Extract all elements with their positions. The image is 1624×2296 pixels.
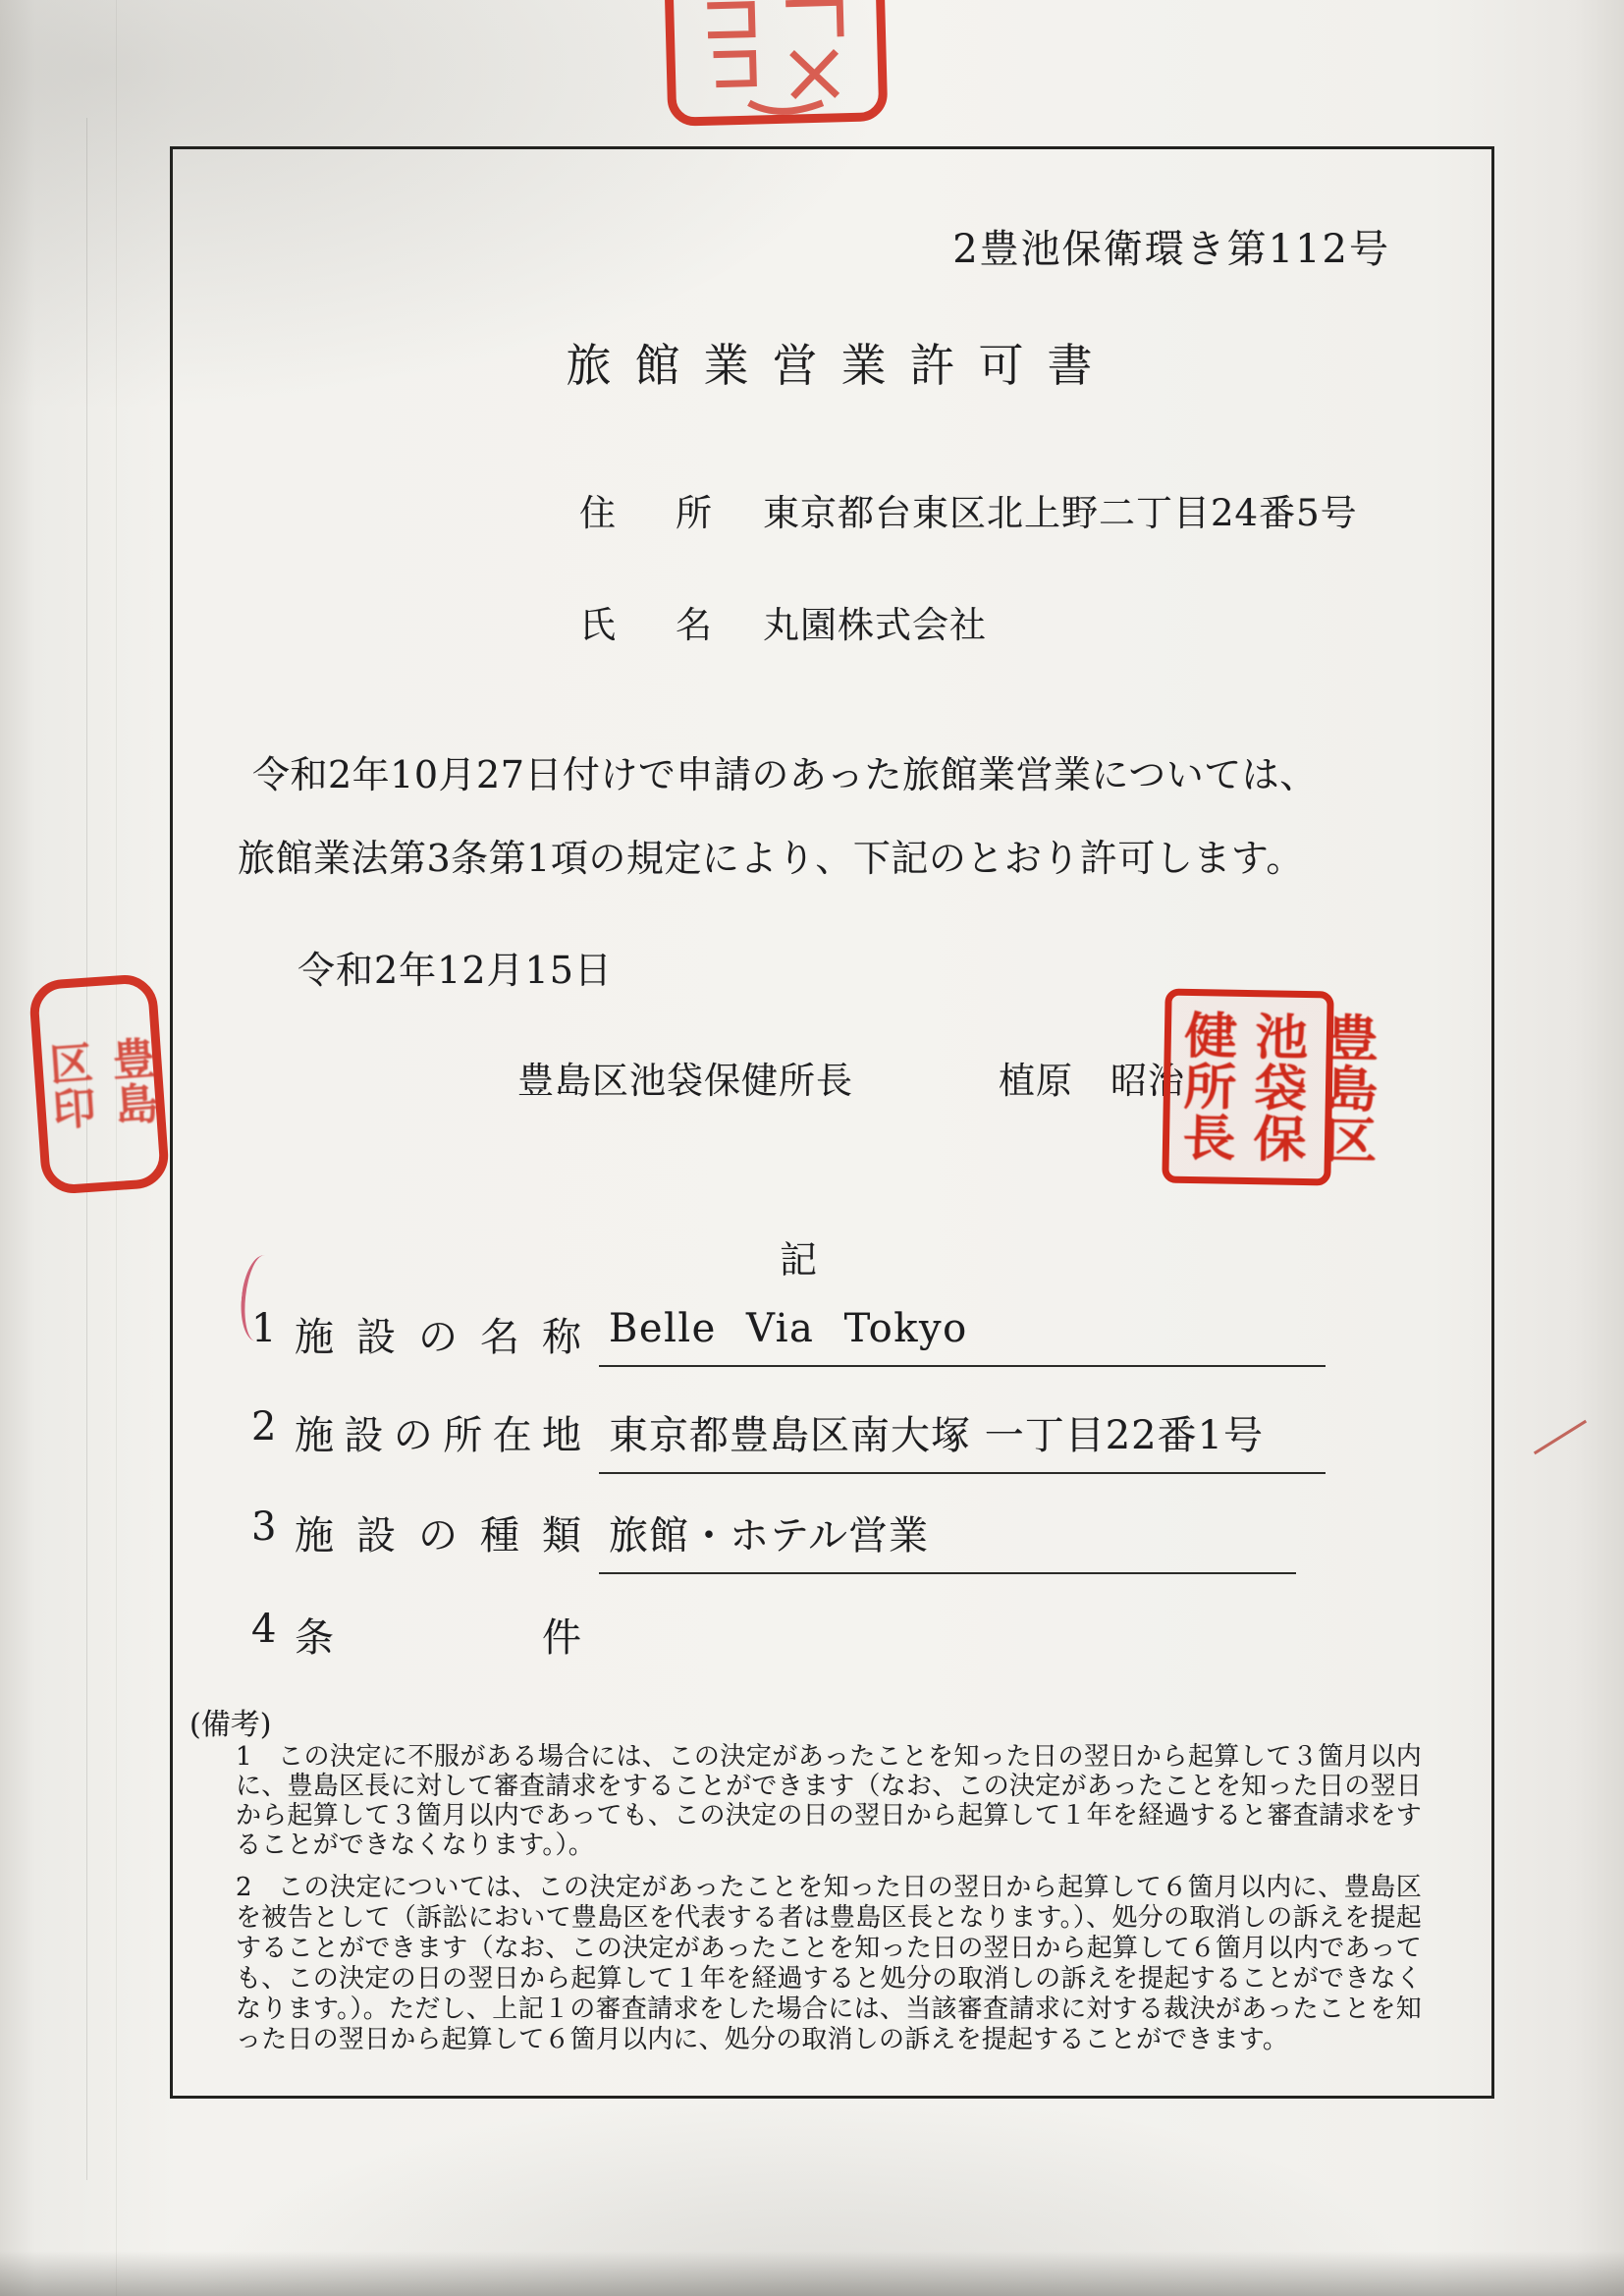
body-text-line2: 旅館業法第3条第1項の規定により、下記のとおり許可します。: [238, 828, 1304, 882]
note-text: この決定に不服がある場合には、この決定があったことを知った日の翌日から起算して３…: [236, 1742, 1422, 1860]
top-seal-stamp: [664, 0, 889, 127]
note-text: この決定については、この決定があったことを知った日の翌日から起算して６箇月以内に…: [236, 1873, 1422, 2054]
item-number: 3: [251, 1504, 295, 1550]
remarks-heading: (備考): [189, 1700, 271, 1743]
item-value-conditions: [599, 1607, 1326, 1666]
item-label: 施設の所在地: [295, 1404, 581, 1460]
left-seal-glyphs-col1: 豊島: [96, 1035, 165, 1129]
item-number: 4: [251, 1607, 295, 1652]
issuer-name: 植原 昭治: [999, 1060, 1185, 1102]
record-marker: 記: [170, 1230, 1427, 1284]
recipient-address-line: 住所東京都台東区北上野二丁目24番5号: [579, 483, 1358, 536]
item-value-facility-address: 東京都豊島区南大塚 一丁目22番1号: [599, 1404, 1326, 1474]
address-label: 住所: [579, 483, 712, 536]
issuer-seal-glyphs-col2: 池袋保: [1237, 1011, 1316, 1165]
issue-date: 令和2年12月15日: [298, 940, 613, 994]
item-row-facility-address: 2 施設の所在地 東京都豊島区南大塚 一丁目22番1号: [251, 1404, 1331, 1474]
left-seal-glyphs-col2: 区印: [33, 1039, 102, 1133]
item-value-facility-type: 旅館・ホテル営業: [599, 1504, 1296, 1574]
item-number: 1: [251, 1306, 295, 1351]
note-number: 1: [236, 1742, 252, 1772]
item-row-facility-type: 3 施設の種類 旅館・ホテル営業: [251, 1504, 1331, 1574]
item-row-facility-name: 1 施設の名称 Belle Via Tokyo: [251, 1306, 1331, 1367]
name-value: 丸園株式会社: [763, 604, 987, 646]
item-label: 施設の名称: [295, 1306, 581, 1362]
left-seal-stamp: 豊島 区印: [28, 973, 171, 1196]
issuer-seal-glyphs-col3: 健所長: [1166, 1010, 1245, 1164]
issuer-title: 豊島区池袋保健所長: [517, 1060, 853, 1102]
note-number: 2: [236, 1873, 252, 1902]
issuer-seal-stamp: 豊島区 池袋保 健所長: [1162, 989, 1333, 1186]
item-number: 2: [251, 1404, 295, 1449]
item-label: 条件: [295, 1607, 581, 1663]
issuer-seal-glyphs-col1: 豊島区: [1308, 1011, 1386, 1166]
address-value: 東京都台東区北上野二丁目24番5号: [763, 492, 1358, 534]
item-row-conditions: 4 条件: [251, 1607, 1331, 1666]
item-label: 施設の種類: [295, 1504, 581, 1560]
body-text-line1: 令和2年10月27日付けで申請のあった旅館業営業については、: [252, 744, 1318, 798]
issuer-line: 豊島区池袋保健所長植原 昭治: [517, 1051, 1185, 1104]
document-title: 旅館業営業許可書: [170, 330, 1489, 395]
reference-number: 2豊池保衛環き第112号: [952, 218, 1390, 274]
item-value-facility-name: Belle Via Tokyo: [599, 1306, 1326, 1367]
name-label: 氏名: [579, 595, 712, 648]
remark-note-1: 1この決定に不服がある場合には、この決定があったことを知った日の翌日から起算して…: [236, 1742, 1422, 1860]
top-seal-marks: [687, 0, 877, 119]
recipient-name-line: 氏名丸園株式会社: [579, 595, 987, 648]
remark-note-2: 2この決定については、この決定があったことを知った日の翌日から起算して６箇月以内…: [236, 1873, 1422, 2055]
